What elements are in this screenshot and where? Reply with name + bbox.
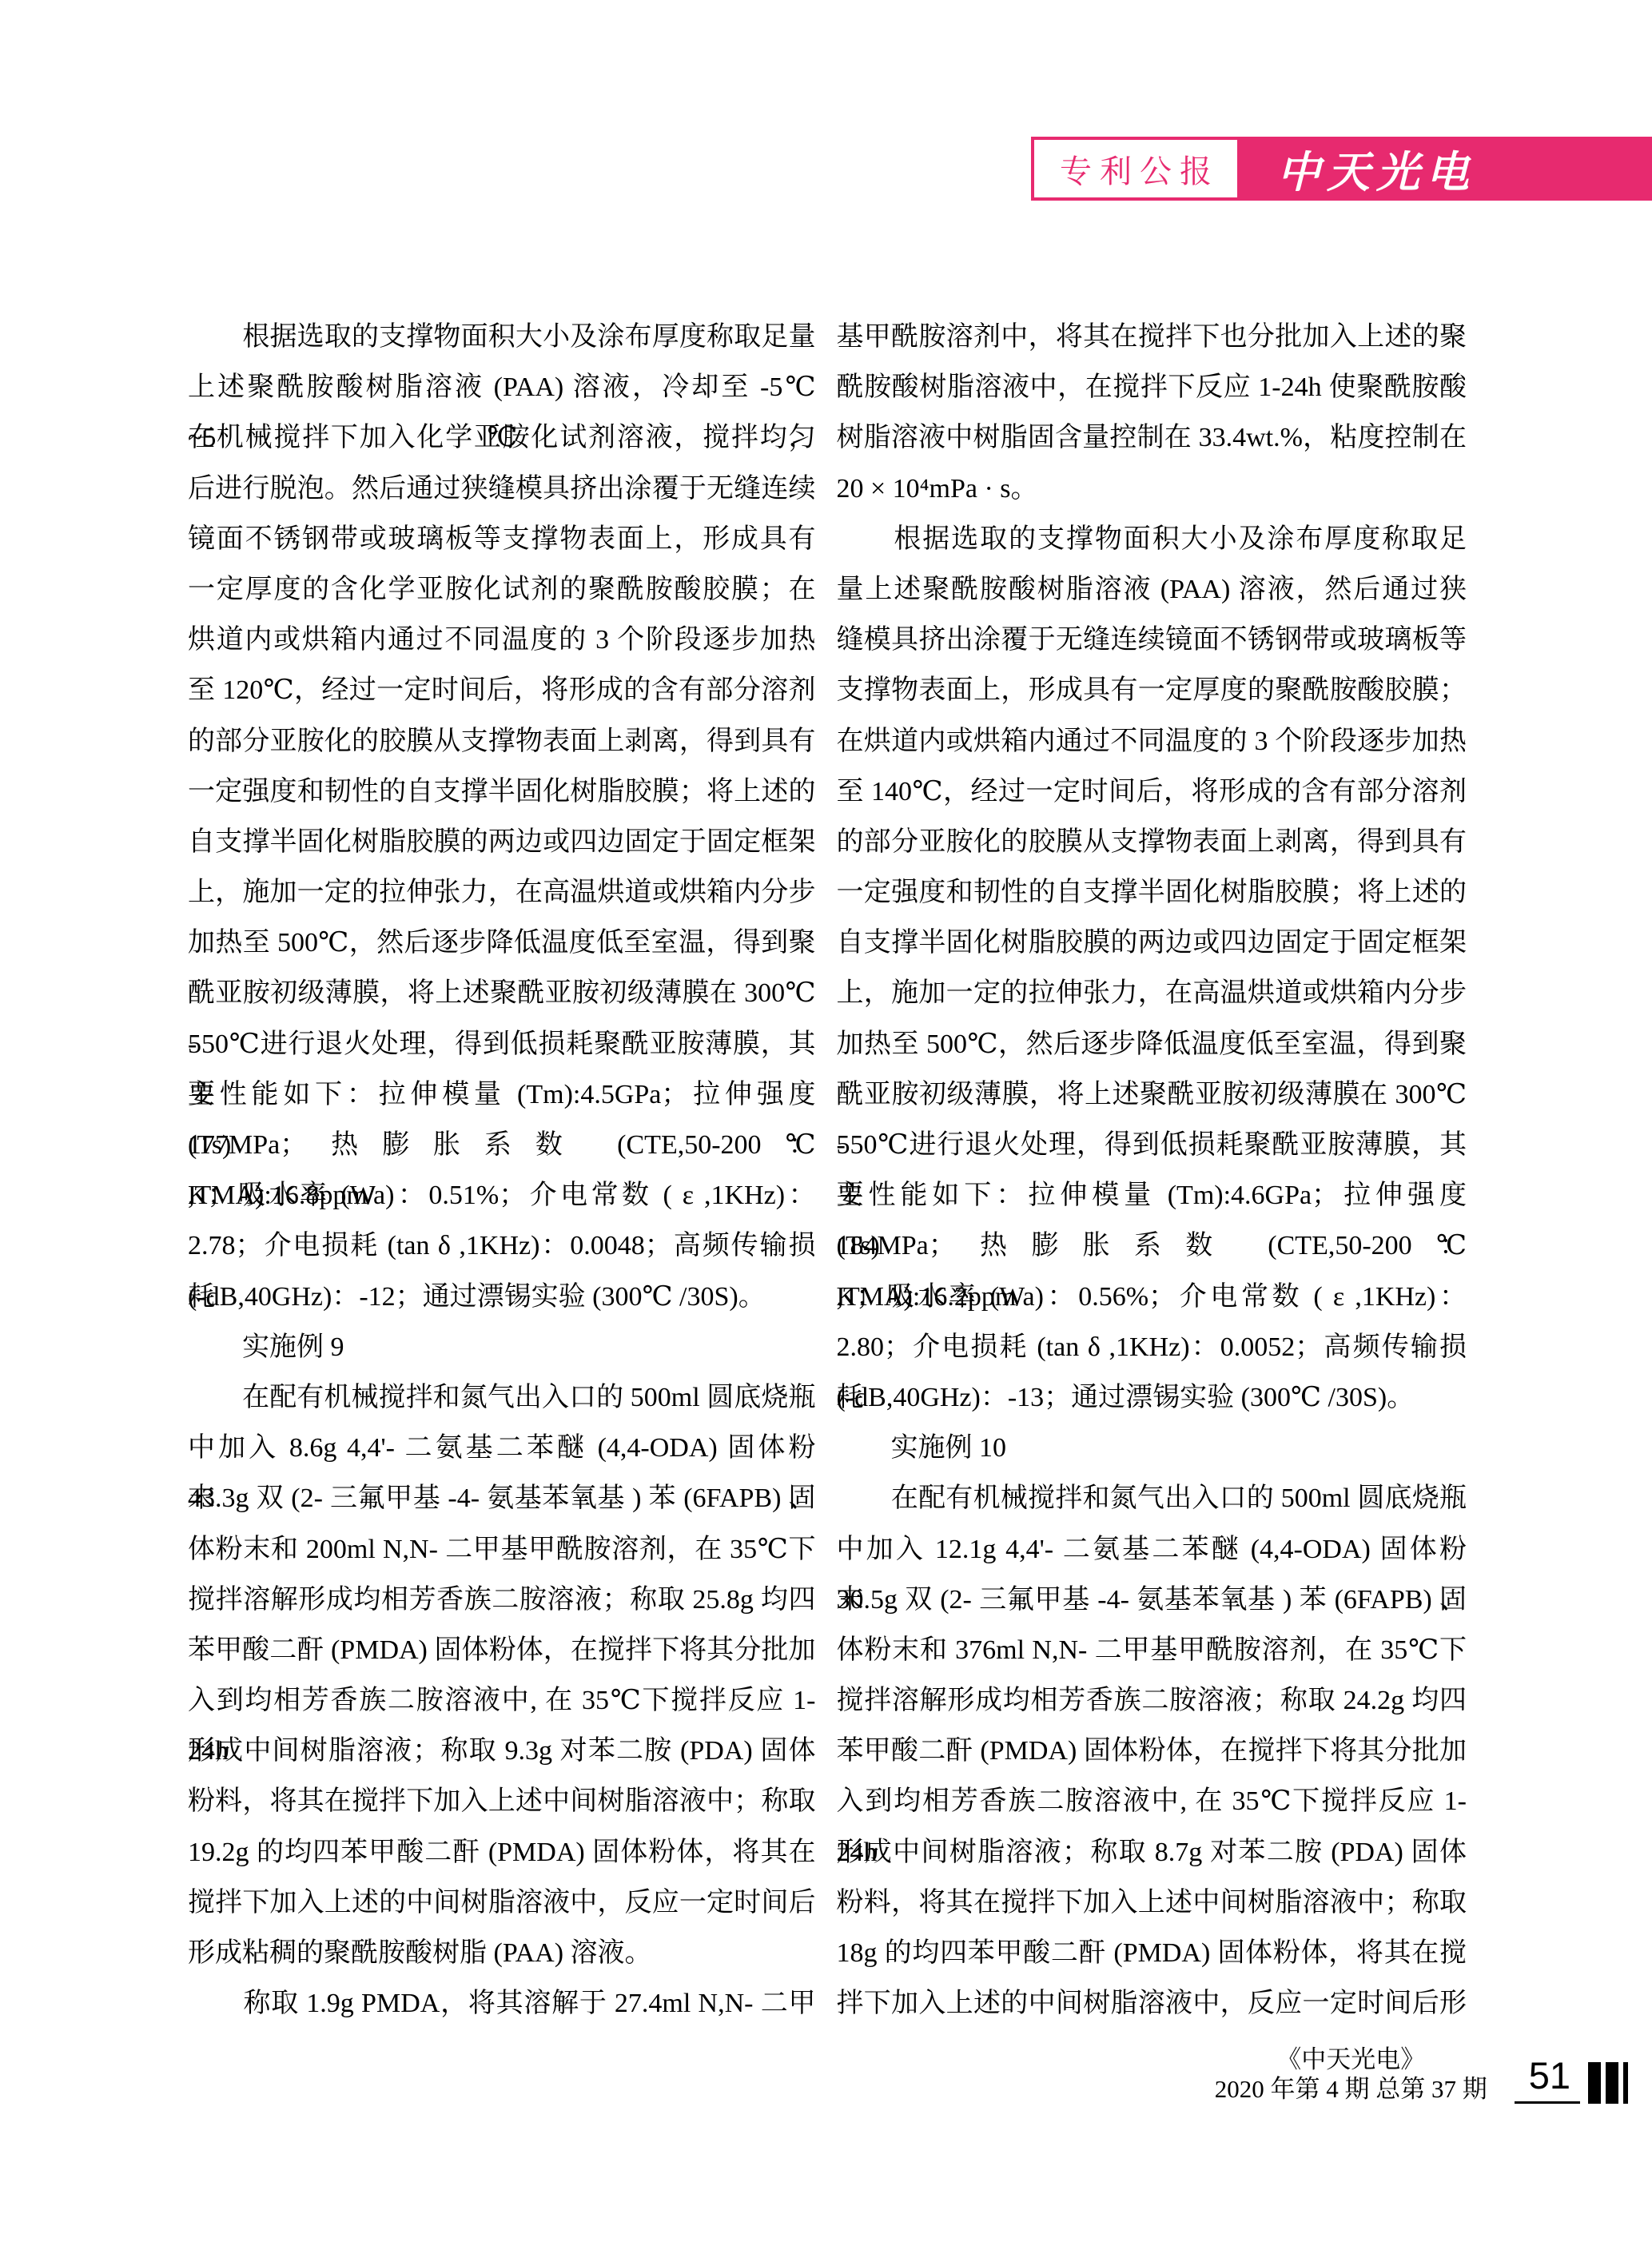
text-line: 烘道内或烘箱内通过不同温度的 3 个阶段逐步加热 <box>188 615 816 665</box>
text-line: 184MPa；热膨胀系数 (CTE,50-200℃ ,TMA):16.2ppm/ <box>837 1221 1467 1271</box>
text-line: 自支撑半固化树脂胶膜的两边或四边固定于固定框架 <box>837 918 1467 968</box>
text-line: 一定强度和韧性的自支撑半固化树脂胶膜；将上述的 <box>188 767 816 817</box>
section-label-box: 专利公报 <box>1031 137 1240 201</box>
text-line: 在机械搅拌下加入化学亚胺化试剂溶液，搅拌均匀 <box>188 412 816 463</box>
text-line: 入到均相芳香族二胺溶液中, 在 35℃下搅拌反应 1-24h <box>188 1675 816 1726</box>
text-line: (-dB,40GHz)：-13；通过漂锡实验 (300℃ /30S)。 <box>837 1372 1467 1423</box>
brand-logo: 中天光电 <box>1240 138 1475 200</box>
text-line: 基甲酰胺溶剂中，将其在搅拌下也分批加入上述的聚 <box>837 312 1467 362</box>
text-line: 要性能如下：拉伸模量 (Tm):4.6GPa；拉伸强度 (Ts)： <box>837 1170 1467 1221</box>
text-line: 根据选取的支撑物面积大小及涂布厚度称取足量 <box>188 312 816 362</box>
text-line: 苯甲酸二酐 (PMDA) 固体粉体，在搅拌下将其分批加 <box>837 1726 1467 1776</box>
text-columns: 根据选取的支撑物面积大小及涂布厚度称取足量上述聚酰胺酸树脂溶液 (PAA) 溶液… <box>188 312 1467 2029</box>
right-column: 基甲酰胺溶剂中，将其在搅拌下也分批加入上述的聚酰胺酸树脂溶液中，在搅拌下反应 1… <box>837 312 1467 2029</box>
marker-bar-icon <box>1623 2062 1628 2104</box>
page-footer: 《中天光电》 2020 年第 4 期 总第 37 期 51 <box>1215 2045 1628 2104</box>
text-line: 550℃进行退火处理，得到低损耗聚酰亚胺薄膜，其主 <box>188 1019 816 1069</box>
section-label: 专利公报 <box>1052 146 1220 192</box>
text-line: 43.3g 双 (2- 三氟甲基 -4- 氨基苯氧基 ) 苯 (6FAPB) 固 <box>188 1473 816 1523</box>
journal-name: 《中天光电》 <box>1215 2045 1487 2074</box>
text-line: 至 120℃，经过一定时间后，将形成的含有部分溶剂 <box>188 665 816 715</box>
text-line: 在配有机械搅拌和氮气出入口的 500ml 圆底烧瓶 <box>837 1473 1467 1523</box>
text-line: 中加入 8.6g 4,4'- 二氨基二苯醚 (4,4-ODA) 固体粉末、 <box>188 1423 816 1473</box>
page-marker-bars <box>1588 2062 1628 2104</box>
text-line: 根据选取的支撑物面积大小及涂布厚度称取足 <box>837 514 1467 564</box>
marker-bar-icon <box>1588 2062 1601 2104</box>
text-line: 加热至 500℃，然后逐步降低温度低至室温，得到聚 <box>188 918 816 968</box>
text-line: 一定厚度的含化学亚胺化试剂的聚酰胺酸胶膜；在 <box>188 564 816 615</box>
text-line: 实施例 10 <box>837 1423 1467 1473</box>
text-line: 在配有机械搅拌和氮气出入口的 500ml 圆底烧瓶 <box>188 1372 816 1423</box>
text-line: 粉料，将其在搅拌下加入上述中间树脂溶液中；称取 <box>837 1878 1467 1928</box>
text-line: 缝模具挤出涂覆于无缝连续镜面不锈钢带或玻璃板等 <box>837 615 1467 665</box>
text-line: 上述聚酰胺酸树脂溶液 (PAA) 溶液，冷却至 -5℃ ~5℃， <box>188 362 816 412</box>
text-line: 上，施加一定的拉伸张力，在高温烘道或烘箱内分步 <box>188 867 816 918</box>
marker-bar-icon <box>1606 2062 1618 2104</box>
text-line: 30.5g 双 (2- 三氟甲基 -4- 氨基苯氧基 ) 苯 (6FAPB) 固 <box>837 1575 1467 1625</box>
text-line: 搅拌溶解形成均相芳香族二胺溶液；称取 25.8g 均四 <box>188 1575 816 1625</box>
text-line: 的部分亚胺化的胶膜从支撑物表面上剥离，得到具有 <box>188 716 816 767</box>
text-line: 支撑物表面上，形成具有一定厚度的聚酰胺酸胶膜； <box>837 665 1467 715</box>
text-line: K；吸水率 (Wa)：0.51%；介电常数 ( ε ,1KHz)： <box>188 1170 816 1221</box>
text-line: 搅拌溶解形成均相芳香族二胺溶液；称取 24.2g 均四 <box>837 1675 1467 1726</box>
brand-bar: 中天光电 <box>1240 137 1652 201</box>
text-line: 18g 的均四苯甲酸二酐 (PMDA) 固体粉体，将其在搅 <box>837 1928 1467 1978</box>
text-line: 形成中间树脂溶液；称取 9.3g 对苯二胺 (PDA) 固体 <box>188 1726 816 1776</box>
text-line: 20 × 10⁴mPa · s。 <box>837 464 1467 514</box>
text-line: 形成中间树脂溶液；称取 8.7g 对苯二胺 (PDA) 固体 <box>837 1827 1467 1878</box>
text-line: 搅拌下加入上述的中间树脂溶液中，反应一定时间后 <box>188 1878 816 1928</box>
text-line: 中加入 12.1g 4,4'- 二氨基二苯醚 (4,4-ODA) 固体粉末、 <box>837 1524 1467 1575</box>
text-line: K；吸水率 (Wa)：0.56%；介电常数 ( ε ,1KHz)： <box>837 1272 1467 1322</box>
text-line: 要性能如下：拉伸模量 (Tm):4.5GPa；拉伸强度 (Ts)： <box>188 1069 816 1120</box>
text-line: 镜面不锈钢带或玻璃板等支撑物表面上，形成具有 <box>188 514 816 564</box>
text-line: 至 140℃，经过一定时间后，将形成的含有部分溶剂 <box>837 767 1467 817</box>
text-line: 树脂溶液中树脂固含量控制在 33.4wt.%，粘度控制在 <box>837 412 1467 463</box>
page-number: 51 <box>1515 2057 1580 2104</box>
text-line: 苯甲酸二酐 (PMDA) 固体粉体，在搅拌下将其分批加 <box>188 1625 816 1675</box>
text-line: 粉料，将其在搅拌下加入上述中间树脂溶液中；称取 <box>188 1776 816 1826</box>
text-line: 酰亚胺初级薄膜，将上述聚酰亚胺初级薄膜在 300℃ - <box>188 968 816 1018</box>
text-line: 拌下加入上述的中间树脂溶液中，反应一定时间后形 <box>837 1978 1467 2029</box>
text-line: 177MPa；热膨胀系数 (CTE,50-200℃ ,TMA):16.8ppm/ <box>188 1120 816 1170</box>
text-line: 酰胺酸树脂溶液中，在搅拌下反应 1-24h 使聚酰胺酸 <box>837 362 1467 412</box>
text-line: 加热至 500℃，然后逐步降低温度低至室温，得到聚 <box>837 1019 1467 1069</box>
text-line: 2.78；介电损耗 (tan δ ,1KHz)：0.0048；高频传输损耗 <box>188 1221 816 1271</box>
text-line: 19.2g 的均四苯甲酸二酐 (PMDA) 固体粉体，将其在 <box>188 1827 816 1878</box>
text-line: 在烘道内或烘箱内通过不同温度的 3 个阶段逐步加热 <box>837 716 1467 767</box>
left-column: 根据选取的支撑物面积大小及涂布厚度称取足量上述聚酰胺酸树脂溶液 (PAA) 溶液… <box>188 312 816 2029</box>
footer-text: 《中天光电》 2020 年第 4 期 总第 37 期 <box>1215 2045 1487 2104</box>
text-line: 550℃进行退火处理，得到低损耗聚酰亚胺薄膜，其主 <box>837 1120 1467 1170</box>
text-line: 酰亚胺初级薄膜，将上述聚酰亚胺初级薄膜在 300℃ - <box>837 1069 1467 1120</box>
text-line: 上，施加一定的拉伸张力，在高温烘道或烘箱内分步 <box>837 968 1467 1018</box>
issue-info: 2020 年第 4 期 总第 37 期 <box>1215 2074 1487 2104</box>
patent-gazette-page: 专利公报 中天光电 根据选取的支撑物面积大小及涂布厚度称取足量上述聚酰胺酸树脂溶… <box>0 0 1652 2242</box>
text-line: (-dB,40GHz)：-12；通过漂锡实验 (300℃ /30S)。 <box>188 1272 816 1322</box>
text-line: 形成粘稠的聚酰胺酸树脂 (PAA) 溶液。 <box>188 1928 816 1978</box>
text-line: 2.80；介电损耗 (tan δ ,1KHz)：0.0052；高频传输损耗 <box>837 1322 1467 1372</box>
text-line: 入到均相芳香族二胺溶液中, 在 35℃下搅拌反应 1-24h <box>837 1776 1467 1826</box>
text-line: 称取 1.9g PMDA，将其溶解于 27.4ml N,N- 二甲 <box>188 1978 816 2029</box>
text-line: 量上述聚酰胺酸树脂溶液 (PAA) 溶液，然后通过狭 <box>837 564 1467 615</box>
page-number-block: 51 <box>1515 2057 1628 2104</box>
text-line: 体粉末和 200ml N,N- 二甲基甲酰胺溶剂，在 35℃下 <box>188 1524 816 1575</box>
text-line: 体粉末和 376ml N,N- 二甲基甲酰胺溶剂，在 35℃下 <box>837 1625 1467 1675</box>
text-line: 一定强度和韧性的自支撑半固化树脂胶膜；将上述的 <box>837 867 1467 918</box>
text-line: 实施例 9 <box>188 1322 816 1372</box>
text-line: 自支撑半固化树脂胶膜的两边或四边固定于固定框架 <box>188 817 816 867</box>
text-line: 后进行脱泡。然后通过狭缝模具挤出涂覆于无缝连续 <box>188 464 816 514</box>
text-line: 的部分亚胺化的胶膜从支撑物表面上剥离，得到具有 <box>837 817 1467 867</box>
